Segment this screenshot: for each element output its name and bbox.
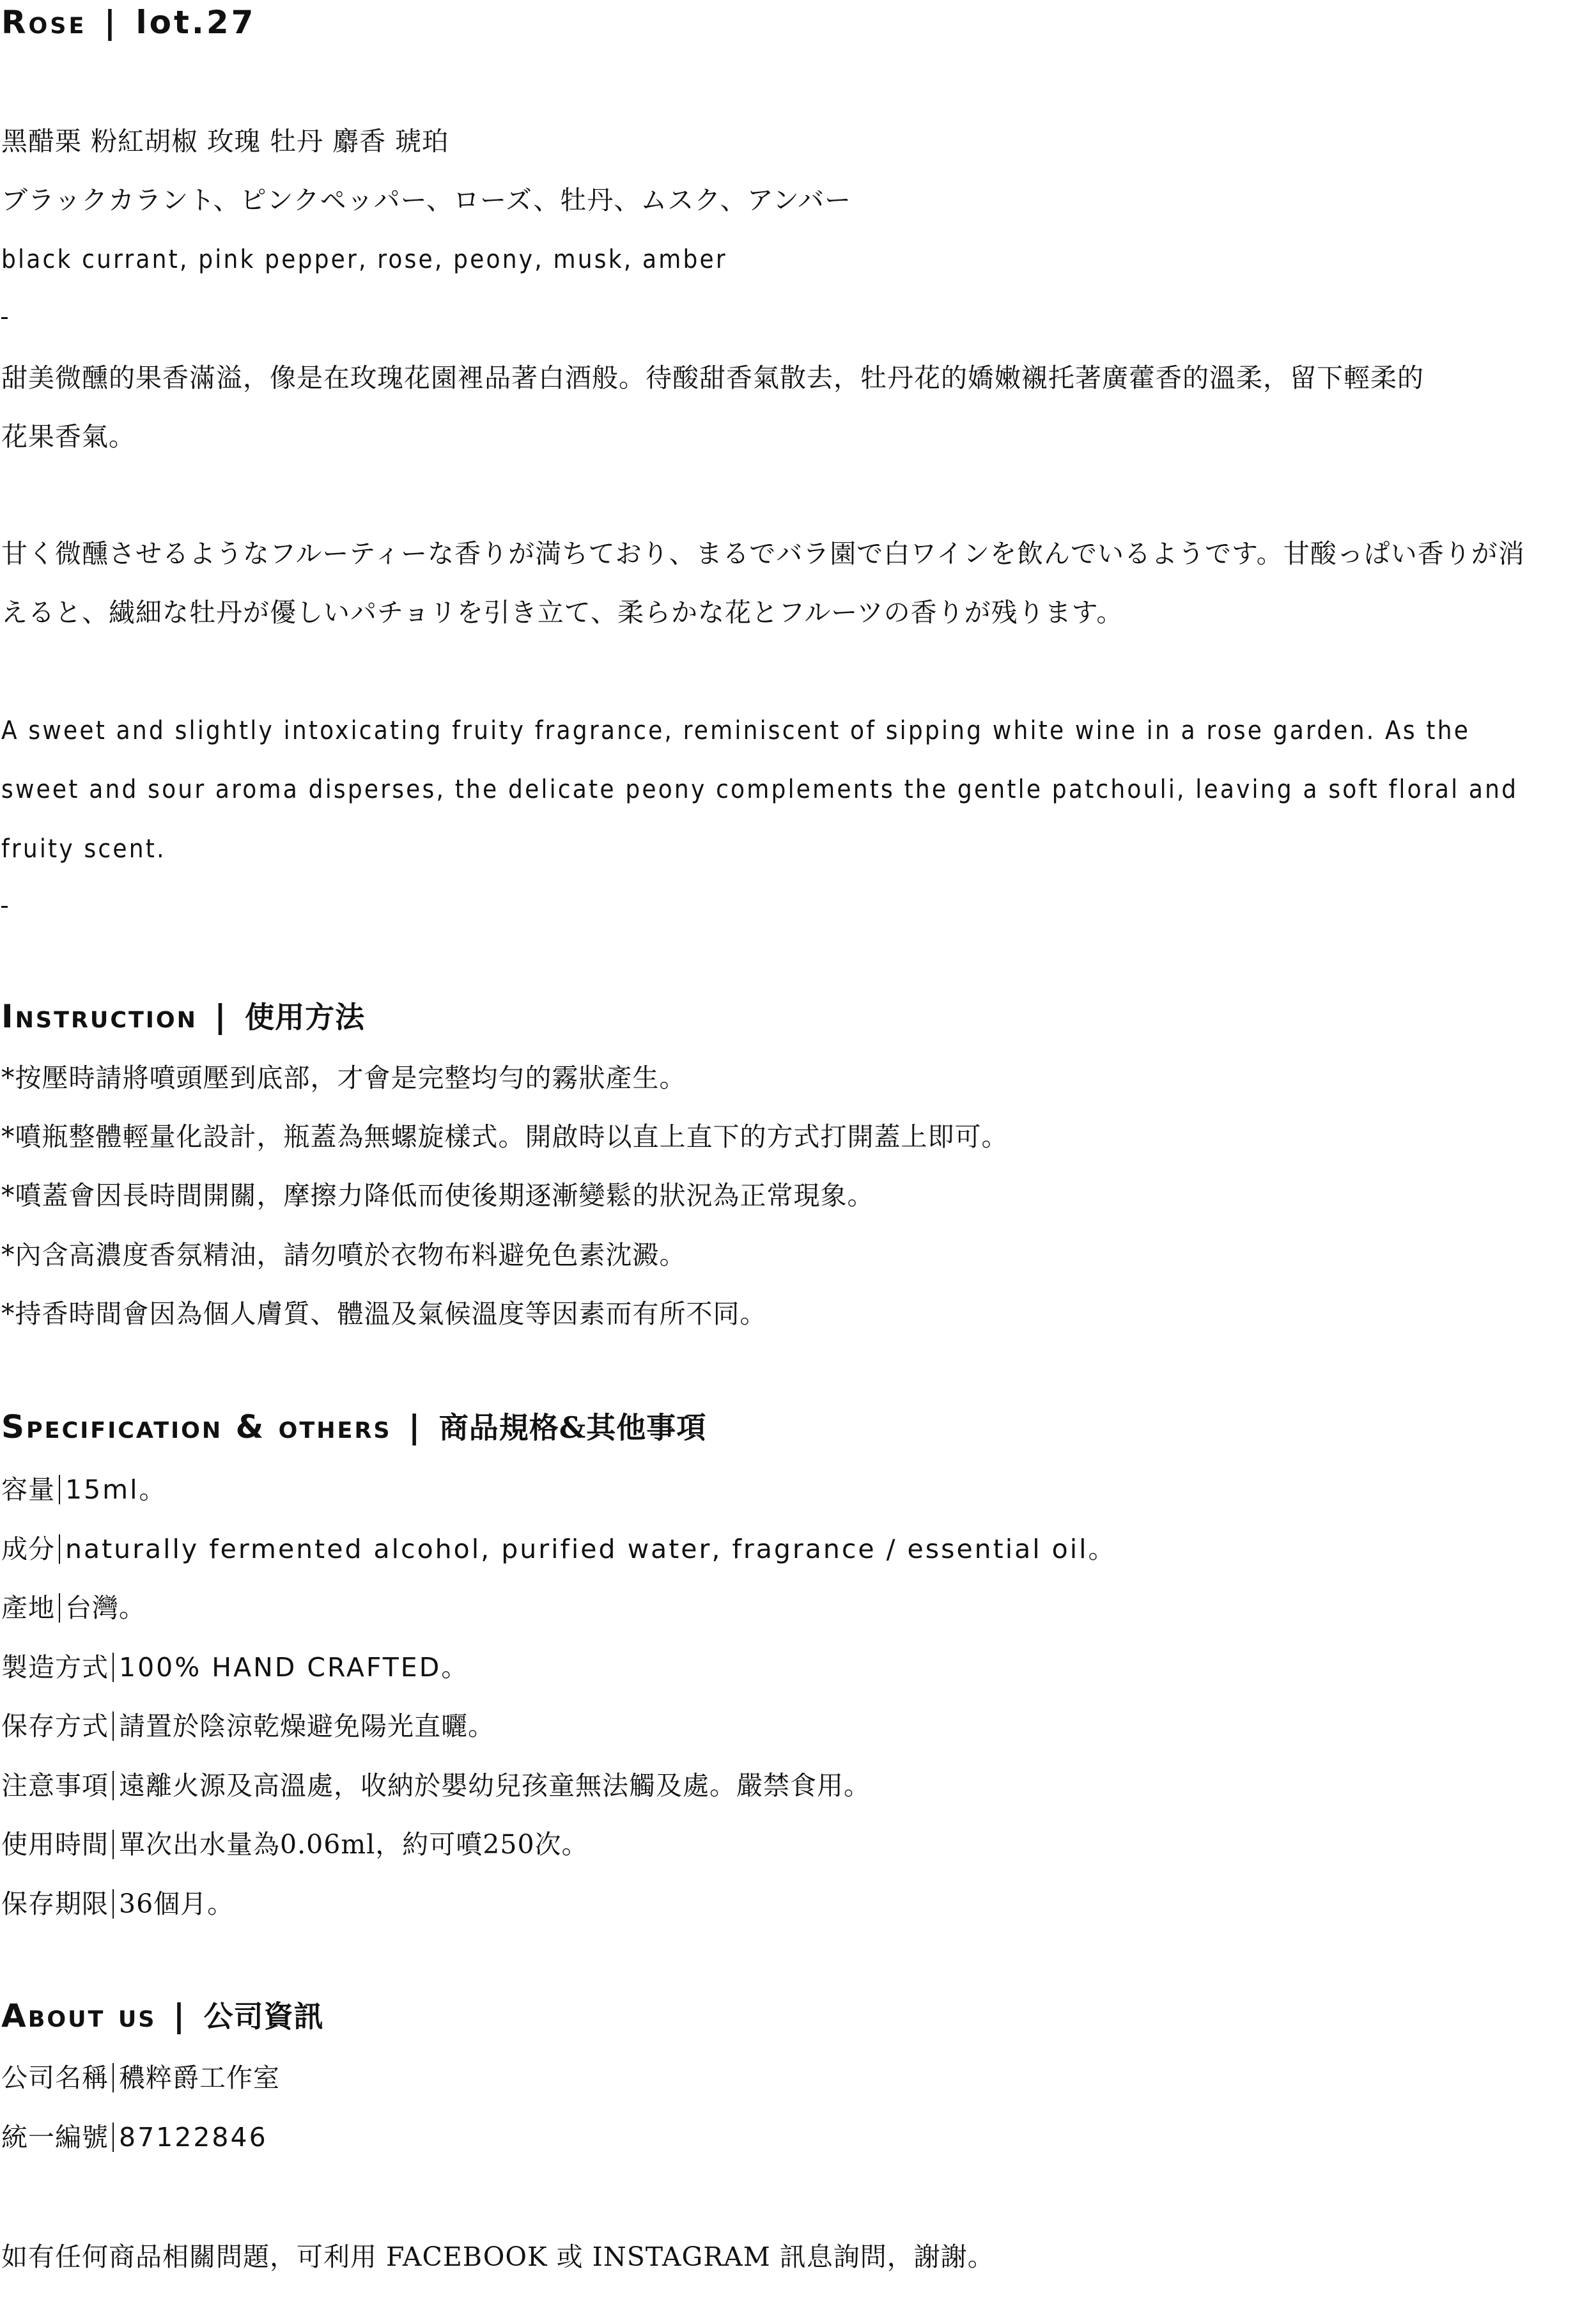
notes-zh: 黑醋栗 粉紅胡椒 玫瑰 牡丹 麝香 琥珀 xyxy=(1,122,449,160)
divider-dash xyxy=(1,317,8,319)
instruction-item: *噴蓋會因長時間開關，摩擦力降低而使後期逐漸變鬆的狀況為正常現象。 xyxy=(1,1176,874,1215)
heading-separator: | xyxy=(210,998,231,1035)
spec-label: 保存方式 xyxy=(1,1711,109,1741)
spec-value: 單次出水量為0.06ml，約可噴250次。 xyxy=(119,1829,589,1860)
notes-ja: ブラックカラント、ピンクペッパー、ローズ、牡丹、ムスク、アンバー xyxy=(1,181,851,219)
about-label: 公司名稱 xyxy=(1,2062,109,2093)
heading-zh: 使用方法 xyxy=(245,1000,365,1034)
section-heading-about: About us | 公司資訊 xyxy=(1,1997,324,2035)
spec-value: 15ml。 xyxy=(65,1474,167,1505)
spec-row-manufacturing: 製造方式100% HAND CRAFTED。 xyxy=(1,1648,469,1687)
label-divider xyxy=(112,1889,114,1919)
heading-separator: | xyxy=(169,1997,190,2034)
spec-label: 保存期限 xyxy=(1,1889,109,1919)
notes-en: black currant, pink pepper, rose, peony,… xyxy=(1,240,727,279)
spec-value: 請置於陰涼乾燥避免陽光直曬。 xyxy=(119,1711,495,1741)
footer-contact-note: 如有任何商品相關問題，可利用 FACEBOOK 或 INSTAGRAM 訊息詢問… xyxy=(1,2238,995,2276)
instruction-item: *按壓時請將噴頭壓到底部，才會是完整均勻的霧狀產生。 xyxy=(1,1059,686,1097)
spec-row-storage: 保存方式請置於陰涼乾燥避免陽光直曬。 xyxy=(1,1707,495,1745)
label-divider xyxy=(112,1711,114,1741)
description-ja-line-2: えると、繊細な牡丹が優しいパチョリを引き立て、柔らかな花とフルーツの香りが残りま… xyxy=(1,593,1123,632)
label-divider xyxy=(59,1475,60,1504)
instruction-item: *持香時間會因為個人膚質、體溫及氣候溫度等因素而有所不同。 xyxy=(1,1295,767,1333)
label-divider xyxy=(112,1771,114,1800)
label-divider xyxy=(112,2063,114,2092)
heading-separator: | xyxy=(405,1408,426,1445)
label-divider xyxy=(59,1593,60,1623)
heading-en: Instruction xyxy=(1,998,198,1035)
section-heading-specification: Specification & others | 商品規格&其他事項 xyxy=(1,1408,706,1446)
description-en-line-1: A sweet and slightly intoxicating fruity… xyxy=(1,712,1470,750)
spec-label: 成分 xyxy=(1,1534,55,1564)
spec-value: 100% HAND CRAFTED。 xyxy=(119,1652,469,1683)
description-en-line-2: sweet and sour aroma disperses, the deli… xyxy=(1,770,1518,809)
label-divider xyxy=(112,1830,114,1859)
label-divider xyxy=(59,1534,60,1564)
spec-value: 台灣。 xyxy=(65,1593,146,1623)
section-heading-instruction: Instruction | 使用方法 xyxy=(1,997,365,1036)
about-value: 87122846 xyxy=(119,2122,268,2153)
description-zh-line-1: 甜美微醺的果香滿溢，像是在玫瑰花園裡品著白酒般。待酸甜香氣散去，牡丹花的嬌嫩襯托… xyxy=(1,359,1424,397)
heading-en: About us xyxy=(1,1997,156,2034)
spec-row-shelf-life: 保存期限36個月。 xyxy=(1,1885,234,1923)
spec-label: 製造方式 xyxy=(1,1652,109,1683)
product-lot: lot.27 xyxy=(136,4,256,41)
title-separator: | xyxy=(100,4,122,41)
spec-row-capacity: 容量15ml。 xyxy=(1,1470,167,1509)
divider-dash xyxy=(1,906,8,908)
product-name: Rose xyxy=(1,4,86,41)
heading-en: Specification & others xyxy=(1,1408,392,1445)
heading-zh: 商品規格&其他事項 xyxy=(439,1410,707,1445)
spec-label: 注意事項 xyxy=(1,1770,109,1801)
spec-value: 36個月。 xyxy=(119,1889,234,1919)
product-title: Rose | lot.27 xyxy=(1,3,256,42)
about-label: 統一編號 xyxy=(1,2122,109,2153)
spec-row-cautions: 注意事項遠離火源及高溫處，收納於嬰幼兒孩童無法觸及處。嚴禁食用。 xyxy=(1,1766,871,1805)
about-row-tax-id: 統一編號87122846 xyxy=(1,2118,268,2156)
description-ja-line-1: 甘く微醺させるようなフルーティーな香りが満ちており、まるでバラ園で白ワインを飲ん… xyxy=(1,534,1525,573)
spec-row-origin: 產地台灣。 xyxy=(1,1589,146,1627)
spec-row-ingredients: 成分naturally fermented alcohol, purified … xyxy=(1,1530,1117,1568)
label-divider xyxy=(112,2123,114,2152)
spec-row-usage: 使用時間單次出水量為0.06ml，約可噴250次。 xyxy=(1,1825,589,1864)
spec-label: 產地 xyxy=(1,1593,55,1623)
spec-value: naturally fermented alcohol, purified wa… xyxy=(65,1534,1117,1564)
instruction-item: *噴瓶整體輕量化設計，瓶蓋為無螺旋樣式。開啟時以直上直下的方式打開蓋上即可。 xyxy=(1,1118,1009,1156)
spec-label: 使用時間 xyxy=(1,1829,109,1860)
spec-label: 容量 xyxy=(1,1474,55,1505)
description-zh-line-2: 花果香氣。 xyxy=(1,417,136,456)
description-en-line-3: fruity scent. xyxy=(1,830,166,868)
about-row-company-name: 公司名稱穠粹爵工作室 xyxy=(1,2059,280,2097)
instruction-item: *內含高濃度香氛精油，請勿噴於衣物布料避免色素沈澱。 xyxy=(1,1236,686,1274)
spec-value: 遠離火源及高溫處，收納於嬰幼兒孩童無法觸及處。嚴禁食用。 xyxy=(119,1770,871,1801)
label-divider xyxy=(112,1653,114,1682)
heading-zh: 公司資訊 xyxy=(204,1999,324,2034)
about-value: 穠粹爵工作室 xyxy=(119,2062,280,2093)
